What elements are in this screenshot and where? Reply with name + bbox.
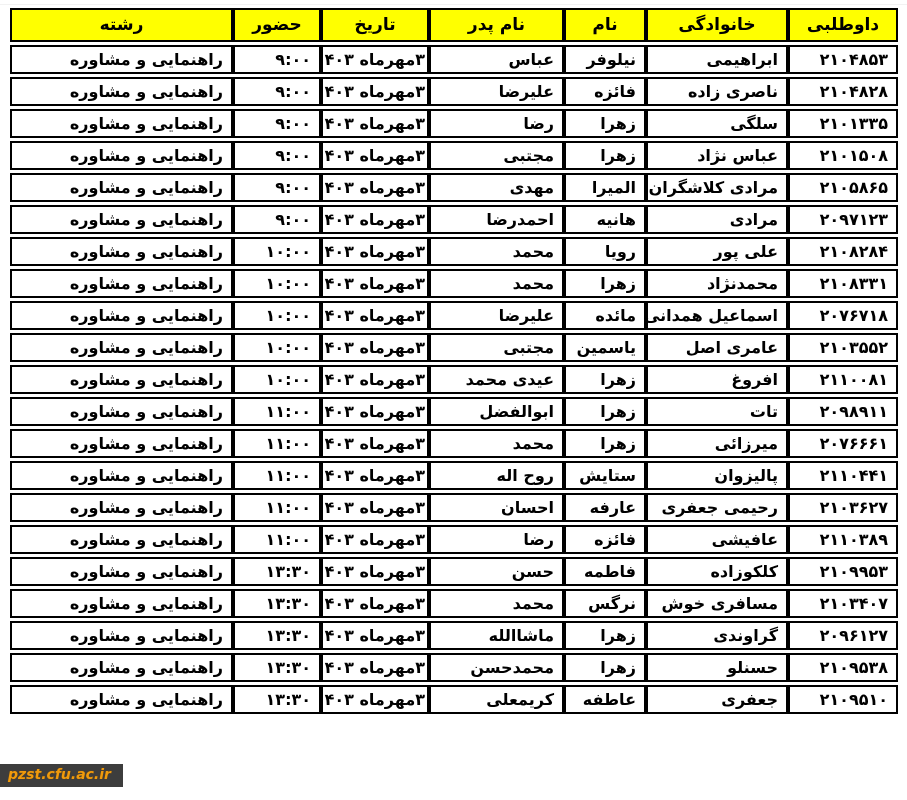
cell-name: نرگس: [564, 589, 646, 618]
cell-field: راهنمایی و مشاوره: [10, 77, 233, 106]
table-row: ۲۰۹۸۹۱۱تاتزهراابوالفضل۳مهرماه ۱۴۰۳۱۱:۰۰ر…: [10, 397, 898, 426]
column-header-date: تاریخ: [321, 8, 429, 42]
cell-father: رضا: [429, 109, 564, 138]
table-row: ۲۱۱۰۰۸۱افروغزهراعیدی محمد۳مهرماه ۱۴۰۳۱۰:…: [10, 365, 898, 394]
cell-name: المیرا: [564, 173, 646, 202]
cell-time: ۹:۰۰: [233, 205, 321, 234]
cell-family: حسنلو: [646, 653, 788, 682]
cell-father: محمد: [429, 269, 564, 298]
table-row: ۲۰۷۶۷۱۸اسماعیل همدانیمائدهعلیرضا۳مهرماه …: [10, 301, 898, 330]
cell-time: ۹:۰۰: [233, 141, 321, 170]
cell-field: راهنمایی و مشاوره: [10, 237, 233, 266]
cell-name: زهرا: [564, 429, 646, 458]
table-row: ۲۱۰۹۵۳۸حسنلوزهرامحمدحسن۳مهرماه ۱۴۰۳۱۳:۳۰…: [10, 653, 898, 682]
column-header-name: نام: [564, 8, 646, 42]
cell-time: ۱۳:۳۰: [233, 685, 321, 714]
cell-field: راهنمایی و مشاوره: [10, 45, 233, 74]
cell-father: ماشاالله: [429, 621, 564, 650]
cell-date: ۳مهرماه ۱۴۰۳: [321, 77, 429, 106]
cell-field: راهنمایی و مشاوره: [10, 397, 233, 426]
cell-time: ۱۰:۰۰: [233, 301, 321, 330]
cell-name: فاطمه: [564, 557, 646, 586]
cell-time: ۱۰:۰۰: [233, 333, 321, 362]
cell-name: زهرا: [564, 397, 646, 426]
cell-field: راهنمایی و مشاوره: [10, 109, 233, 138]
cell-father: مجتبی: [429, 333, 564, 362]
cell-field: راهنمایی و مشاوره: [10, 653, 233, 682]
cell-candidate: ۲۰۷۶۷۱۸: [788, 301, 898, 330]
cell-field: راهنمایی و مشاوره: [10, 493, 233, 522]
table-row: ۲۱۰۸۳۳۱محمدنژادزهرامحمد۳مهرماه ۱۴۰۳۱۰:۰۰…: [10, 269, 898, 298]
cell-name: زهرا: [564, 365, 646, 394]
table-header-row: داوطلبی خانوادگی نام نام پدر تاریخ حضور …: [10, 8, 898, 42]
cell-candidate: ۲۱۰۱۵۰۸: [788, 141, 898, 170]
table-row: ۲۱۰۸۲۸۴علی پوررویامحمد۳مهرماه ۱۴۰۳۱۰:۰۰ر…: [10, 237, 898, 266]
cell-candidate: ۲۱۱۰۴۴۱: [788, 461, 898, 490]
table-row: ۲۱۰۳۴۰۷مسافری خوشنرگسمحمد۳مهرماه ۱۴۰۳۱۳:…: [10, 589, 898, 618]
cell-field: راهنمایی و مشاوره: [10, 173, 233, 202]
cell-father: علیرضا: [429, 301, 564, 330]
table-row: ۲۰۹۷۱۲۳مرادیهانیهاحمدرضا۳مهرماه ۱۴۰۳۹:۰۰…: [10, 205, 898, 234]
table-row: ۲۱۰۵۸۶۵مرادی کلاشگرانالمیرامهدی۳مهرماه ۱…: [10, 173, 898, 202]
cell-family: رحیمی جعفری: [646, 493, 788, 522]
cell-name: نیلوفر: [564, 45, 646, 74]
cell-family: مسافری خوش: [646, 589, 788, 618]
cell-family: مرادی: [646, 205, 788, 234]
cell-name: زهرا: [564, 141, 646, 170]
cell-time: ۱۰:۰۰: [233, 237, 321, 266]
cell-father: کریمعلی: [429, 685, 564, 714]
column-header-family: خانوادگی: [646, 8, 788, 42]
cell-candidate: ۲۱۱۰۳۸۹: [788, 525, 898, 554]
cell-field: راهنمایی و مشاوره: [10, 621, 233, 650]
cell-father: محمد: [429, 429, 564, 458]
cell-field: راهنمایی و مشاوره: [10, 205, 233, 234]
cell-field: راهنمایی و مشاوره: [10, 301, 233, 330]
cell-candidate: ۲۱۰۱۳۳۵: [788, 109, 898, 138]
column-header-time: حضور: [233, 8, 321, 42]
cell-candidate: ۲۱۰۳۴۰۷: [788, 589, 898, 618]
cell-time: ۱۰:۰۰: [233, 365, 321, 394]
table-row: ۲۱۰۴۸۵۳ابراهیمینیلوفرعباس۳مهرماه ۱۴۰۳۹:۰…: [10, 45, 898, 74]
cell-time: ۱۱:۰۰: [233, 397, 321, 426]
cell-candidate: ۲۱۰۹۹۵۳: [788, 557, 898, 586]
cell-family: کلکوزاده: [646, 557, 788, 586]
cell-name: زهرا: [564, 621, 646, 650]
cell-family: افروغ: [646, 365, 788, 394]
cell-time: ۱۳:۳۰: [233, 621, 321, 650]
cell-name: یاسمین: [564, 333, 646, 362]
cell-father: حسن: [429, 557, 564, 586]
cell-time: ۱۳:۳۰: [233, 589, 321, 618]
cell-time: ۱۱:۰۰: [233, 461, 321, 490]
cell-family: عامری اصل: [646, 333, 788, 362]
cell-date: ۳مهرماه ۱۴۰۳: [321, 685, 429, 714]
cell-father: عیدی محمد: [429, 365, 564, 394]
cell-candidate: ۲۰۹۸۹۱۱: [788, 397, 898, 426]
cell-field: راهنمایی و مشاوره: [10, 525, 233, 554]
cell-family: ناصری زاده: [646, 77, 788, 106]
cell-field: راهنمایی و مشاوره: [10, 429, 233, 458]
cell-family: محمدنژاد: [646, 269, 788, 298]
cell-date: ۳مهرماه ۱۴۰۳: [321, 397, 429, 426]
cell-family: علی پور: [646, 237, 788, 266]
cell-family: جعفری: [646, 685, 788, 714]
cell-field: راهنمایی و مشاوره: [10, 685, 233, 714]
cell-candidate: ۲۱۰۹۵۱۰: [788, 685, 898, 714]
cell-candidate: ۲۰۹۶۱۲۷: [788, 621, 898, 650]
cell-field: راهنمایی و مشاوره: [10, 365, 233, 394]
cell-time: ۹:۰۰: [233, 109, 321, 138]
cell-name: مائده: [564, 301, 646, 330]
cell-family: میرزائی: [646, 429, 788, 458]
cell-date: ۳مهرماه ۱۴۰۳: [321, 141, 429, 170]
table-row: ۲۱۰۳۶۲۷رحیمی جعفریعارفهاحسان۳مهرماه ۱۴۰۳…: [10, 493, 898, 522]
cell-date: ۳مهرماه ۱۴۰۳: [321, 557, 429, 586]
cell-date: ۳مهرماه ۱۴۰۳: [321, 45, 429, 74]
cell-field: راهنمایی و مشاوره: [10, 589, 233, 618]
table-row: ۲۱۰۱۵۰۸عباس نژادزهرامجتبی۳مهرماه ۱۴۰۳۹:۰…: [10, 141, 898, 170]
cell-candidate: ۲۱۰۴۸۲۸: [788, 77, 898, 106]
cell-name: ستایش: [564, 461, 646, 490]
cell-date: ۳مهرماه ۱۴۰۳: [321, 173, 429, 202]
table-body: ۲۱۰۴۸۵۳ابراهیمینیلوفرعباس۳مهرماه ۱۴۰۳۹:۰…: [10, 45, 898, 714]
cell-father: محمد: [429, 589, 564, 618]
cell-field: راهنمایی و مشاوره: [10, 557, 233, 586]
cell-father: عباس: [429, 45, 564, 74]
cell-date: ۳مهرماه ۱۴۰۳: [321, 109, 429, 138]
cell-family: ابراهیمی: [646, 45, 788, 74]
cell-date: ۳مهرماه ۱۴۰۳: [321, 333, 429, 362]
column-header-candidate: داوطلبی: [788, 8, 898, 42]
cell-name: فائزه: [564, 525, 646, 554]
table-row: ۲۱۰۳۵۵۲عامری اصلیاسمینمجتبی۳مهرماه ۱۴۰۳۱…: [10, 333, 898, 362]
cell-time: ۱۳:۳۰: [233, 653, 321, 682]
cell-name: فائزه: [564, 77, 646, 106]
cell-name: عاطفه: [564, 685, 646, 714]
cell-father: علیرضا: [429, 77, 564, 106]
cell-field: راهنمایی و مشاوره: [10, 333, 233, 362]
cell-time: ۱۱:۰۰: [233, 525, 321, 554]
cell-date: ۳مهرماه ۱۴۰۳: [321, 429, 429, 458]
cell-date: ۳مهرماه ۱۴۰۳: [321, 653, 429, 682]
cell-candidate: ۲۱۰۳۵۵۲: [788, 333, 898, 362]
cell-time: ۹:۰۰: [233, 45, 321, 74]
column-header-father: نام پدر: [429, 8, 564, 42]
table-row: ۲۱۰۹۵۱۰جعفریعاطفهکریمعلی۳مهرماه ۱۴۰۳۱۳:۳…: [10, 685, 898, 714]
table-row: ۲۱۰۴۸۲۸ناصری زادهفائزهعلیرضا۳مهرماه ۱۴۰۳…: [10, 77, 898, 106]
cell-time: ۱۳:۳۰: [233, 557, 321, 586]
cell-father: روح اله: [429, 461, 564, 490]
table-row: ۲۰۷۶۶۶۱میرزائیزهرامحمد۳مهرماه ۱۴۰۳۱۱:۰۰ر…: [10, 429, 898, 458]
cell-candidate: ۲۱۰۸۳۳۱: [788, 269, 898, 298]
table-row: ۲۱۱۰۳۸۹عافیشیفائزهرضا۳مهرماه ۱۴۰۳۱۱:۰۰را…: [10, 525, 898, 554]
cell-candidate: ۲۰۹۷۱۲۳: [788, 205, 898, 234]
cell-candidate: ۲۱۰۹۵۳۸: [788, 653, 898, 682]
cell-date: ۳مهرماه ۱۴۰۳: [321, 525, 429, 554]
cell-time: ۱۰:۰۰: [233, 269, 321, 298]
table-row: ۲۰۹۶۱۲۷گراوندیزهراماشاالله۳مهرماه ۱۴۰۳۱۳…: [10, 621, 898, 650]
cell-name: زهرا: [564, 269, 646, 298]
cell-date: ۳مهرماه ۱۴۰۳: [321, 301, 429, 330]
cell-candidate: ۲۱۰۴۸۵۳: [788, 45, 898, 74]
cell-candidate: ۲۱۰۳۶۲۷: [788, 493, 898, 522]
cell-father: محمد: [429, 237, 564, 266]
table-row: ۲۱۰۱۳۳۵سلگیزهرارضا۳مهرماه ۱۴۰۳۹:۰۰راهنما…: [10, 109, 898, 138]
table-row: ۲۱۱۰۴۴۱پالیزوانستایشروح اله۳مهرماه ۱۴۰۳۱…: [10, 461, 898, 490]
cell-date: ۳مهرماه ۱۴۰۳: [321, 237, 429, 266]
cell-time: ۱۱:۰۰: [233, 429, 321, 458]
cell-date: ۳مهرماه ۱۴۰۳: [321, 493, 429, 522]
table-row: ۲۱۰۹۹۵۳کلکوزادهفاطمهحسن۳مهرماه ۱۴۰۳۱۳:۳۰…: [10, 557, 898, 586]
cell-time: ۹:۰۰: [233, 77, 321, 106]
cell-name: زهرا: [564, 653, 646, 682]
cell-father: ابوالفضل: [429, 397, 564, 426]
cell-time: ۹:۰۰: [233, 173, 321, 202]
cell-candidate: ۲۱۰۸۲۸۴: [788, 237, 898, 266]
cell-family: سلگی: [646, 109, 788, 138]
cell-father: مهدی: [429, 173, 564, 202]
cell-family: مرادی کلاشگران: [646, 173, 788, 202]
cell-family: عباس نژاد: [646, 141, 788, 170]
cell-time: ۱۱:۰۰: [233, 493, 321, 522]
cell-date: ۳مهرماه ۱۴۰۳: [321, 461, 429, 490]
cell-father: محمدحسن: [429, 653, 564, 682]
cell-candidate: ۲۱۰۵۸۶۵: [788, 173, 898, 202]
cell-field: راهنمایی و مشاوره: [10, 269, 233, 298]
cell-candidate: ۲۰۷۶۶۶۱: [788, 429, 898, 458]
cell-name: عارفه: [564, 493, 646, 522]
cell-name: رویا: [564, 237, 646, 266]
cell-father: احسان: [429, 493, 564, 522]
cell-date: ۳مهرماه ۱۴۰۳: [321, 269, 429, 298]
watermark-site-url: pzst.cfu.ac.ir: [0, 764, 123, 787]
cell-family: گراوندی: [646, 621, 788, 650]
column-header-field: رشته: [10, 8, 233, 42]
cell-date: ۳مهرماه ۱۴۰۳: [321, 621, 429, 650]
cell-father: مجتبی: [429, 141, 564, 170]
cell-father: احمدرضا: [429, 205, 564, 234]
cell-candidate: ۲۱۱۰۰۸۱: [788, 365, 898, 394]
exam-schedule-table: داوطلبی خانوادگی نام نام پدر تاریخ حضور …: [10, 5, 898, 717]
cell-family: پالیزوان: [646, 461, 788, 490]
cell-family: اسماعیل همدانی: [646, 301, 788, 330]
cell-family: عافیشی: [646, 525, 788, 554]
cell-date: ۳مهرماه ۱۴۰۳: [321, 205, 429, 234]
cell-family: تات: [646, 397, 788, 426]
cell-father: رضا: [429, 525, 564, 554]
cell-date: ۳مهرماه ۱۴۰۳: [321, 589, 429, 618]
cell-name: زهرا: [564, 109, 646, 138]
cell-date: ۳مهرماه ۱۴۰۳: [321, 365, 429, 394]
cell-name: هانیه: [564, 205, 646, 234]
cell-field: راهنمایی و مشاوره: [10, 141, 233, 170]
cell-field: راهنمایی و مشاوره: [10, 461, 233, 490]
